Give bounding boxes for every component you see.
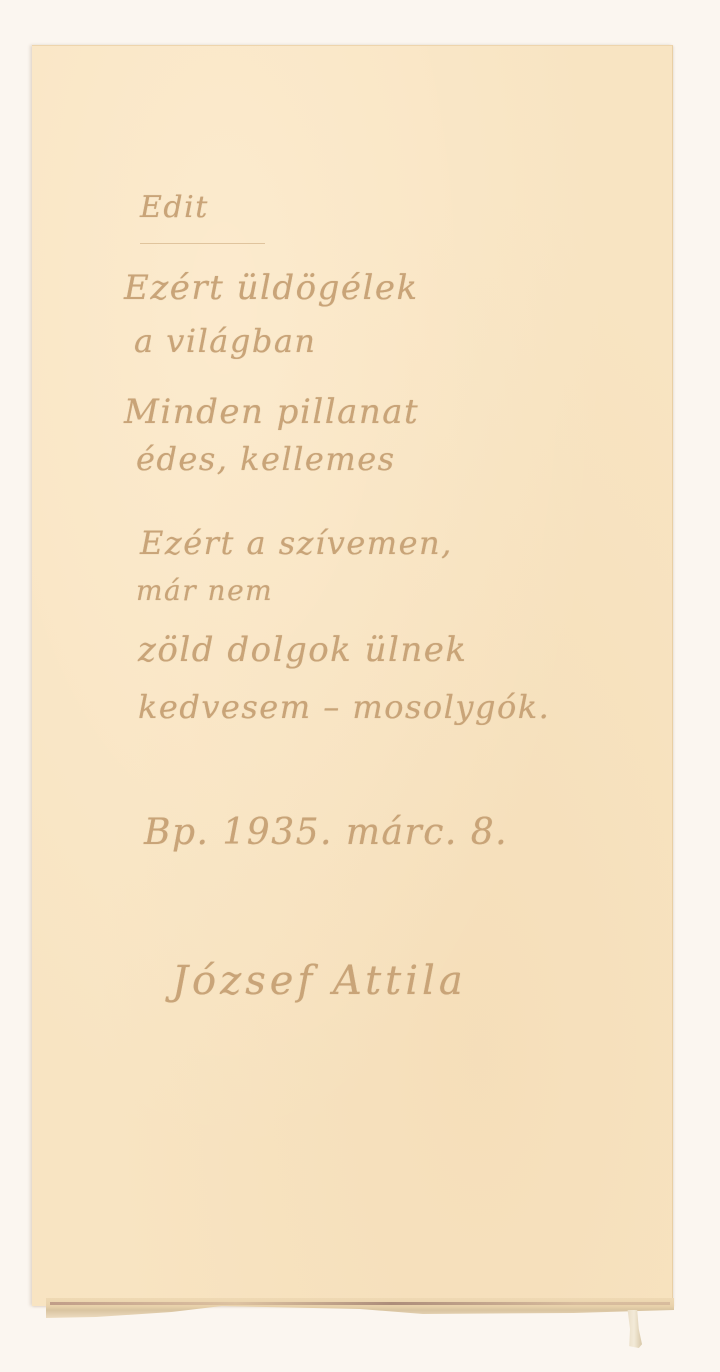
poem-line: édes, kellemes: [136, 440, 396, 478]
torn-binding-edge: [46, 1298, 674, 1318]
poem-heading: Edit: [140, 190, 209, 225]
poem-line: Ezért a szívemen,: [140, 524, 453, 562]
binding-stain: [50, 1302, 670, 1305]
heading-underline: [140, 243, 265, 244]
signature: József Attila: [172, 958, 467, 1004]
binding-thread-tassel: [626, 1310, 642, 1348]
poem-line: már nem: [136, 574, 273, 607]
poem-line: Ezért üldögélek: [124, 268, 419, 308]
poem-line: a világban: [134, 322, 317, 360]
manuscript-page: [32, 45, 673, 1306]
poem-line: zöld dolgok ülnek: [138, 630, 467, 670]
date-line: Bp. 1935. márc. 8.: [144, 812, 508, 853]
poem-line: Minden pillanat: [124, 392, 419, 432]
poem-line: kedvesem – mosolygók.: [138, 688, 550, 726]
